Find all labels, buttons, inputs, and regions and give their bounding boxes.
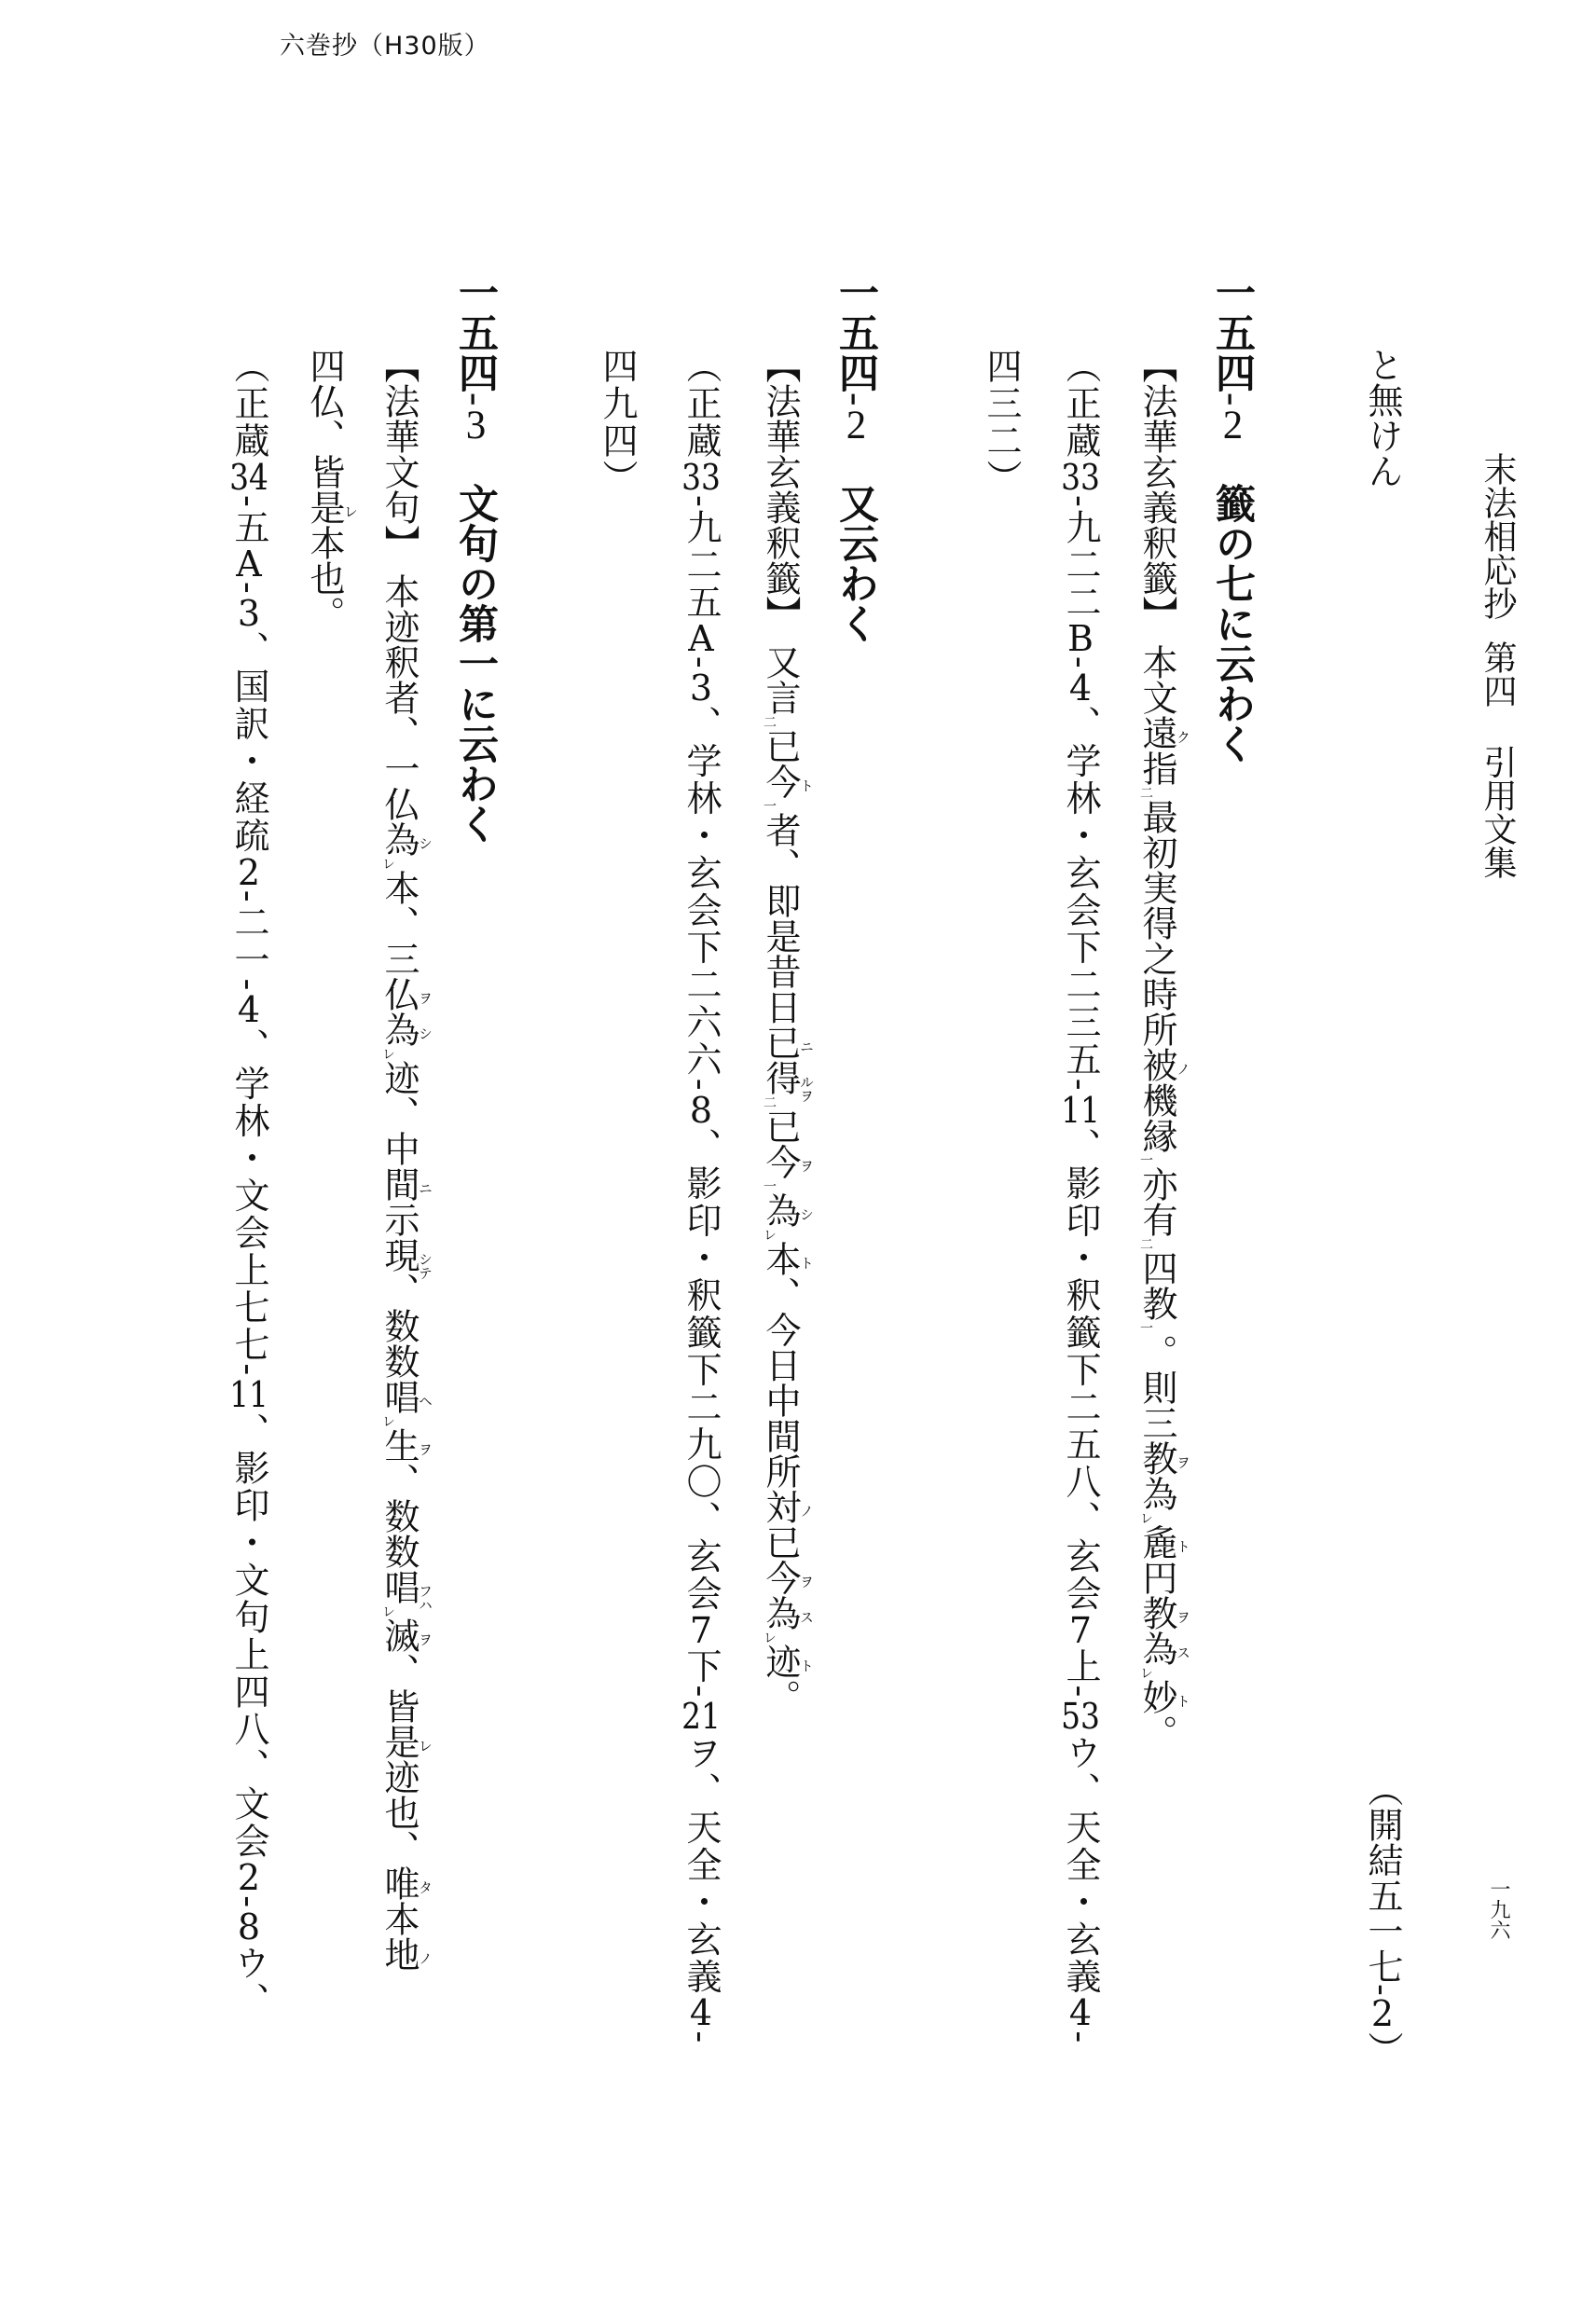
okurigana: ト (799, 778, 813, 792)
entry-heading: 一五四-2又云わく (835, 272, 876, 643)
annotated-character: 本ト (763, 1241, 798, 1276)
upright-digits: 2 (228, 855, 269, 890)
citation-line: （正蔵33-九二二B-4、学林・玄会下二三五-11、影印・釈籤下二五八、玄会7上… (1063, 348, 1098, 2044)
entry-heading: 一五四-3文句の第一に云わく (455, 272, 496, 844)
entry-title: 又云わく (832, 483, 879, 643)
annotated-character: 為シ (381, 1011, 417, 1047)
annotated-character: 教ヲ (1139, 1440, 1175, 1476)
upright-digits: 53 (1060, 1699, 1101, 1734)
continuation-source: （開結五一七-2） (1365, 1771, 1400, 2067)
kanbun-text: 又言二已今ト一者、即是昔日已ニ得ルヲ二已今ヲ一為シレ本ト、今日中間所対ノ已今ヲ為… (760, 644, 801, 1714)
kanbun-text: 本迹釈者、一仏為シレ本、三仏ヲ為シレ迹、中間ニ示現シテ、数数唱ヘレ生ヲ、数数唱フ… (378, 573, 420, 1972)
kaeriten-mark: 一 (1138, 1321, 1153, 1334)
annotated-character: 唱ヘ (381, 1379, 417, 1414)
entry-title: 文句の第一に云わく (452, 483, 499, 844)
running-head: 末法相応抄第四引用文集 (1480, 452, 1514, 879)
upright-digits: 7 (681, 1613, 722, 1648)
kaeriten-mark: レ (762, 1631, 777, 1644)
okurigana: ス (799, 1610, 813, 1624)
entry-number: 一五四 (1209, 272, 1256, 392)
entry-number: 一五四 (452, 272, 499, 392)
upright-digits: 4 (1060, 1995, 1101, 2030)
kaeriten-mark: レ (380, 1047, 395, 1060)
kaeriten-mark: レ (1138, 1511, 1153, 1524)
passage-line: 【法華玄義釈籤】本文遠ク指二最初実得之時所被ノ機縁一亦有二四教一。則三教ヲ為レ麁… (1139, 348, 1175, 1750)
upright-digits: 7 (1060, 1613, 1101, 1648)
annotated-character: 現シテ (381, 1237, 417, 1273)
source-label: 【法華玄義釈籤】 (1136, 348, 1177, 631)
annotated-character: 為シ (381, 821, 417, 857)
annotated-character: 唯タ (381, 1865, 417, 1901)
kaeriten-mark: レ (380, 1604, 395, 1617)
kaeriten-mark: 二 (762, 715, 777, 728)
kaeriten-mark: レ (1138, 1666, 1153, 1679)
okurigana: レ (418, 1739, 432, 1753)
okurigana: ルヲ (799, 1075, 813, 1103)
okurigana: フハ (418, 1584, 432, 1612)
upright-digits: 3 (681, 670, 722, 706)
kaeriten-mark: 一 (1138, 1153, 1153, 1166)
upright-digits: 33 (1060, 460, 1101, 495)
kaeriten-mark: 一 (762, 799, 777, 812)
okurigana: ト (1176, 1539, 1190, 1553)
upright-digits: 21 (681, 1699, 722, 1734)
upright-digits: 8 (228, 1909, 269, 1945)
annotated-character: 迹ト (763, 1644, 798, 1679)
citation-line: （正蔵34-五A-3、国訳・経疏2-二一-4、学林・文会上七七-11、影印・文句… (231, 348, 267, 2019)
kaeriten-mark: 二 (1138, 786, 1153, 799)
okurigana: レ (343, 504, 357, 518)
okurigana: タ (418, 1880, 432, 1894)
upright-digits: 4 (228, 992, 269, 1027)
annotated-character: 已ニ (763, 1025, 798, 1060)
entry-subnumber: -2 (1211, 392, 1255, 446)
okurigana: ト (799, 1658, 813, 1672)
passage-line: 【法華文句】本迹釈者、一仏為シレ本、三仏ヲ為シレ迹、中間ニ示現シテ、数数唱ヘレ生… (381, 348, 417, 1972)
annotated-character: 縁 (1139, 1118, 1175, 1153)
page-number: 一九六 (1488, 1878, 1508, 1940)
okurigana: ヲ (418, 1632, 432, 1646)
annotated-character: 得ルヲ (763, 1060, 798, 1095)
annotated-character: 間ニ (381, 1166, 417, 1202)
running-head-chapter: 第四 (1479, 640, 1517, 708)
annotated-character: 今ヲ (763, 1560, 798, 1595)
source-label: 【法華玄義釈籤】 (760, 348, 801, 631)
okurigana: シテ (418, 1252, 432, 1280)
passage-line: 四仏、皆是レ本也。 (307, 348, 342, 631)
kanbun-text: 本文遠ク指二最初実得之時所被ノ機縁一亦有二四教一。則三教ヲ為レ麁ト円教ヲ為スレ妙… (1136, 644, 1177, 1750)
annotated-character: 言 (763, 680, 798, 715)
upright-digits: 2 (1211, 406, 1255, 446)
upright-digits: 8 (681, 1093, 722, 1128)
upright-digits: A (681, 621, 722, 656)
annotated-character: 為ス (1139, 1631, 1175, 1666)
upright-digits: 11 (1060, 1093, 1101, 1128)
upright-digits: 4 (1060, 670, 1101, 706)
annotated-character: 生ヲ (381, 1427, 417, 1463)
source-label: 【法華文句】 (378, 348, 420, 560)
upright-digits: 11 (228, 1377, 269, 1412)
citation-line: 四三二） (984, 348, 1019, 497)
entry-number: 一五四 (832, 272, 879, 392)
okurigana: ヲ (418, 1442, 432, 1456)
passage-line: 【法華玄義釈籤】又言二已今ト一者、即是昔日已ニ得ルヲ二已今ヲ一為シレ本ト、今日中… (763, 348, 798, 1714)
annotated-character: 妙ト (1139, 1679, 1175, 1714)
annotated-character: 是レ (381, 1724, 417, 1759)
kaeriten-mark: レ (762, 1228, 777, 1241)
okurigana: シ (418, 836, 432, 850)
upright-digits: B (1060, 621, 1101, 656)
okurigana: シ (799, 1207, 813, 1221)
okurigana: シ (418, 1026, 432, 1040)
okurigana: ク (1176, 730, 1190, 744)
entry-heading: 一五四-2籤の七に云わく (1212, 272, 1253, 764)
citation-line: 四九四） (599, 348, 635, 497)
annotated-character: 被ノ (1139, 1047, 1175, 1082)
annotated-character: 為シ (763, 1192, 798, 1228)
annotated-character: 指 (1139, 750, 1175, 786)
kaeriten-mark: 二 (762, 1095, 777, 1108)
upright-digits: 3 (228, 596, 269, 631)
page-header: 六巻抄（H30版） (280, 34, 490, 59)
continuation-text: と無けん (1365, 347, 1400, 489)
citation-line: （正蔵33-九二五A-3、学林・玄会下二六六-8、影印・釈籤下二九〇、玄会7下-… (683, 348, 719, 2044)
document-page: 六巻抄（H30版） 末法相応抄第四引用文集 一九六 と無けん （開結五一七-2）… (0, 0, 1596, 2312)
annotated-character: 為 (1139, 1476, 1175, 1511)
okurigana: ヲ (418, 991, 432, 1005)
annotated-character: 唱フハ (381, 1569, 417, 1604)
okurigana: ヲ (799, 1575, 813, 1589)
annotated-character: 地ノ (381, 1936, 417, 1972)
annotated-character: 遠ク (1139, 715, 1175, 750)
okurigana: ノ (1176, 1062, 1190, 1076)
kaeriten-mark: 一 (762, 1179, 777, 1192)
entry-title: 籤の七に云わく (1209, 483, 1256, 764)
okurigana: ニ (418, 1181, 432, 1195)
upright-digits: 2 (1362, 1996, 1403, 2031)
annotated-character: 有 (1139, 1202, 1175, 1237)
okurigana: ノ (799, 1504, 813, 1518)
annotated-character: 今ト (763, 764, 798, 799)
okurigana: ヲ (1176, 1455, 1190, 1469)
kaeriten-mark: 二 (1138, 1237, 1153, 1250)
okurigana: ヲ (1176, 1610, 1190, 1624)
entry-subnumber: -3 (454, 392, 498, 446)
okurigana: ニ (799, 1039, 813, 1053)
annotated-character: 仏ヲ (381, 976, 417, 1011)
upright-digits: 2 (834, 406, 878, 446)
upright-digits: 33 (681, 460, 722, 495)
upright-digits: 4 (681, 1995, 722, 2030)
kaeriten-mark: レ (380, 1414, 395, 1427)
okurigana: ト (1176, 1694, 1190, 1708)
okurigana: ト (799, 1256, 813, 1270)
running-head-book: 末法相応抄 (1479, 452, 1517, 620)
okurigana: ノ (418, 1951, 432, 1965)
okurigana: ヲ (799, 1159, 813, 1173)
entry-subnumber: -2 (834, 392, 878, 446)
annotated-character: 是レ (307, 489, 342, 525)
annotated-character: 教 (1139, 1286, 1175, 1321)
running-head-section: 引用文集 (1479, 745, 1517, 879)
upright-digits: 3 (454, 406, 498, 446)
upright-digits: 2 (228, 1860, 269, 1895)
upright-digits: 34 (228, 460, 269, 495)
kanbun-text: 四仏、皆是レ本也。 (304, 348, 345, 631)
okurigana: ヘ (418, 1394, 432, 1408)
annotated-character: 為ス (763, 1595, 798, 1631)
upright-digits: A (228, 546, 269, 582)
kaeriten-mark: レ (380, 857, 395, 870)
okurigana: ス (1176, 1645, 1190, 1659)
annotated-character: 対ノ (763, 1489, 798, 1524)
annotated-character: 今ヲ (763, 1144, 798, 1179)
annotated-character: 麁ト (1139, 1524, 1175, 1560)
annotated-character: 滅ヲ (381, 1617, 417, 1653)
annotated-character: 教ヲ (1139, 1595, 1175, 1631)
